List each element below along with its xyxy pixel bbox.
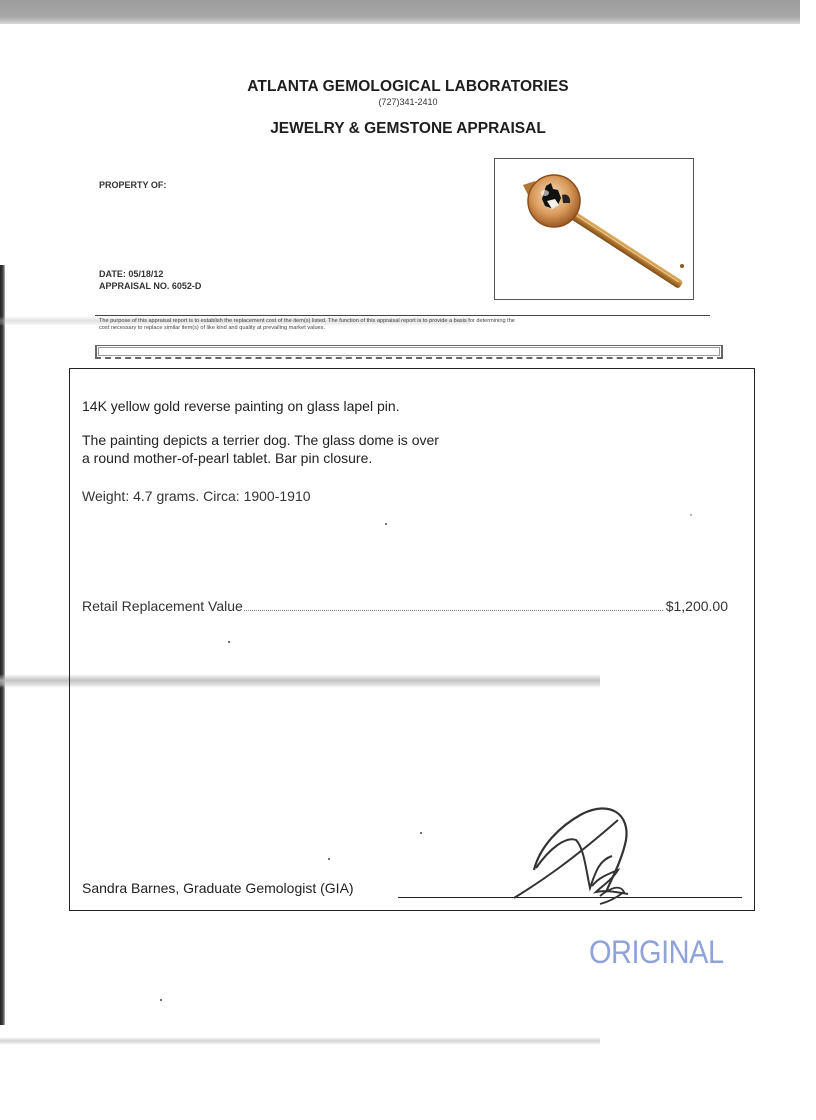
date-value: 05/18/12 bbox=[128, 269, 163, 279]
purpose-line: The purpose of this appraisal report is … bbox=[99, 318, 719, 325]
original-stamp: ORIGINAL bbox=[589, 935, 724, 972]
appraiser-name: Sandra Barnes, Graduate Gemologist (GIA) bbox=[82, 880, 354, 896]
lab-phone: (727)341-2410 bbox=[0, 97, 816, 107]
divider bbox=[95, 315, 710, 316]
decorative-bar-inner bbox=[98, 347, 720, 356]
document-title: JEWELRY & GEMSTONE APPRAISAL bbox=[0, 120, 816, 138]
scan-streak bbox=[0, 1037, 600, 1045]
purpose-line: cost necessary to replace similar item(s… bbox=[99, 325, 719, 332]
item-details: Weight: 4.7 grams. Circa: 1900-1910 bbox=[82, 487, 311, 505]
value-amount: $1,200.00 bbox=[666, 598, 728, 614]
purpose-statement: The purpose of this appraisal report is … bbox=[99, 318, 719, 332]
description-line: a round mother-of-pearl tablet. Bar pin … bbox=[82, 449, 439, 467]
property-of-label: PROPERTY OF: bbox=[99, 180, 166, 190]
scan-shadow-top bbox=[0, 0, 800, 24]
letterhead: ATLANTA GEMOLOGICAL LABORATORIES (727)34… bbox=[0, 78, 816, 138]
scan-speck bbox=[228, 641, 230, 643]
scan-speck bbox=[690, 514, 692, 516]
scan-speck bbox=[420, 832, 422, 834]
scan-margin bbox=[800, 0, 816, 24]
retail-replacement-value: Retail Replacement Value $1,200.00 bbox=[82, 598, 728, 614]
property-of-label-text: PROPERTY OF: bbox=[99, 180, 166, 190]
date-field: DATE: 05/18/12 bbox=[99, 269, 163, 279]
item-photo bbox=[494, 158, 694, 300]
value-label: Retail Replacement Value bbox=[82, 598, 243, 614]
description-line: The painting depicts a terrier dog. The … bbox=[82, 431, 439, 449]
dot-leader bbox=[244, 609, 663, 611]
item-description: The painting depicts a terrier dog. The … bbox=[82, 431, 439, 467]
lapel-pin-photo-icon bbox=[495, 159, 693, 299]
signature-icon bbox=[500, 800, 650, 910]
scan-shadow-left bbox=[0, 265, 5, 1025]
date-label: DATE: bbox=[99, 269, 126, 279]
scan-speck bbox=[385, 523, 387, 525]
appraisal-number-field: APPRAISAL NO. 6052-D bbox=[99, 281, 201, 291]
scan-speck bbox=[160, 999, 162, 1001]
appraisal-number-value: 6052-D bbox=[172, 281, 202, 291]
scan-speck bbox=[328, 858, 330, 860]
decorative-bar bbox=[95, 345, 723, 359]
lab-name: ATLANTA GEMOLOGICAL LABORATORIES bbox=[0, 78, 816, 96]
appraisal-number-label: APPRAISAL NO. bbox=[99, 281, 169, 291]
item-title: 14K yellow gold reverse painting on glas… bbox=[82, 397, 400, 415]
